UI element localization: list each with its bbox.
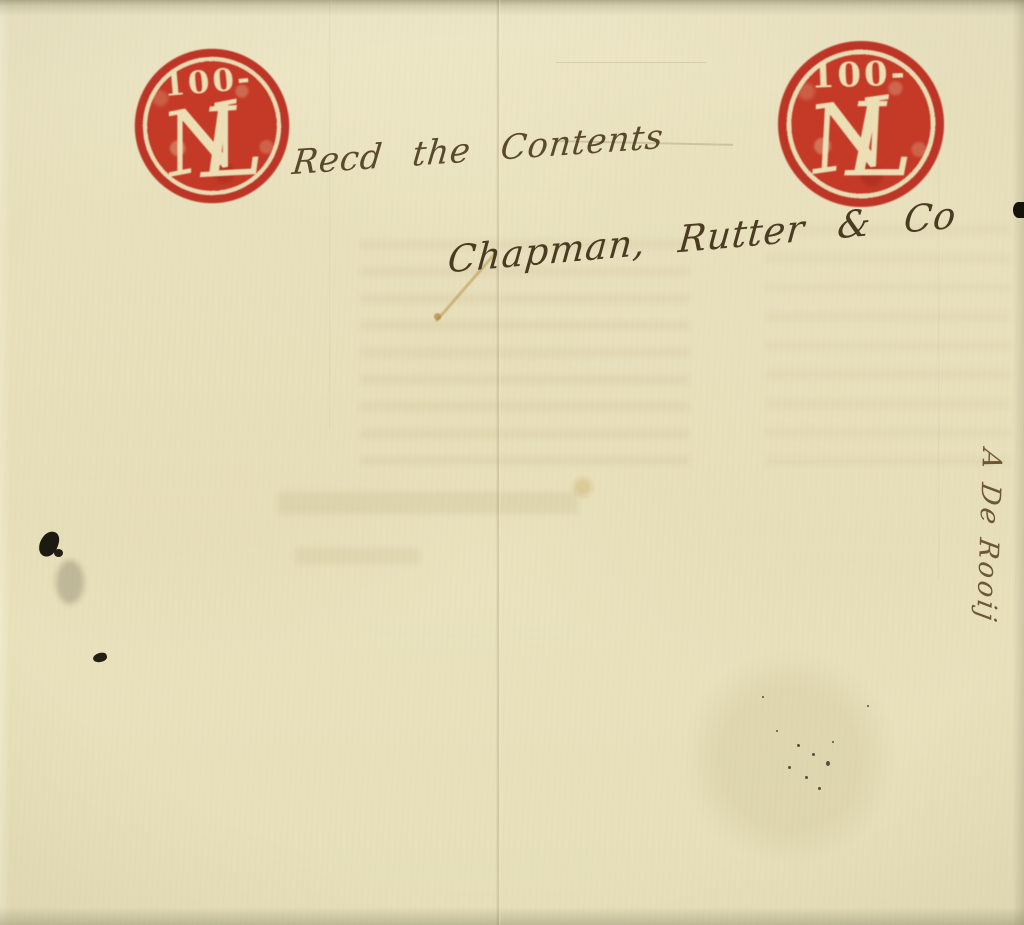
ink-speck [832,741,834,743]
ink-smudge [56,560,84,604]
ink-speck [788,766,791,769]
ink-speck [826,761,830,766]
red-value-stamp-left: 100- NL [123,39,300,213]
showthrough-text-area [765,225,1010,480]
ink-speck [797,744,800,747]
vertical-endorsement-signature: A De Rooij [970,447,1007,626]
brown-ink-dot [434,313,441,320]
monogram-letter-l: L [846,90,914,192]
handwritten-receipt-line: Recd the Contents [290,117,665,183]
ink-speck [805,776,808,779]
red-value-stamp-right: 100- NL [769,35,953,213]
left-fold-crease [329,0,332,430]
ink-blot [54,549,63,557]
monogram-letter-l: L [197,92,266,191]
stamp-monogram: NL [771,80,952,188]
showthrough-text-line [295,548,420,564]
ink-speck [818,787,821,790]
edge-ink-notch [1013,202,1024,218]
ink-blot [92,651,108,663]
showthrough-text-line [278,492,578,514]
paper-document-scan: 100- NL 100- NL Recd the Contents Chapma… [0,0,1024,925]
horizontal-crease [556,62,706,63]
showthrough-text-area [360,240,690,475]
ink-speck [776,730,778,732]
ink-speck [812,753,815,756]
ink-speck [867,705,869,707]
stamp-monogram: NL [127,81,299,191]
ink-speck [762,696,764,698]
handwritten-signature-line: Chapman, Rutter & Co [446,194,958,282]
